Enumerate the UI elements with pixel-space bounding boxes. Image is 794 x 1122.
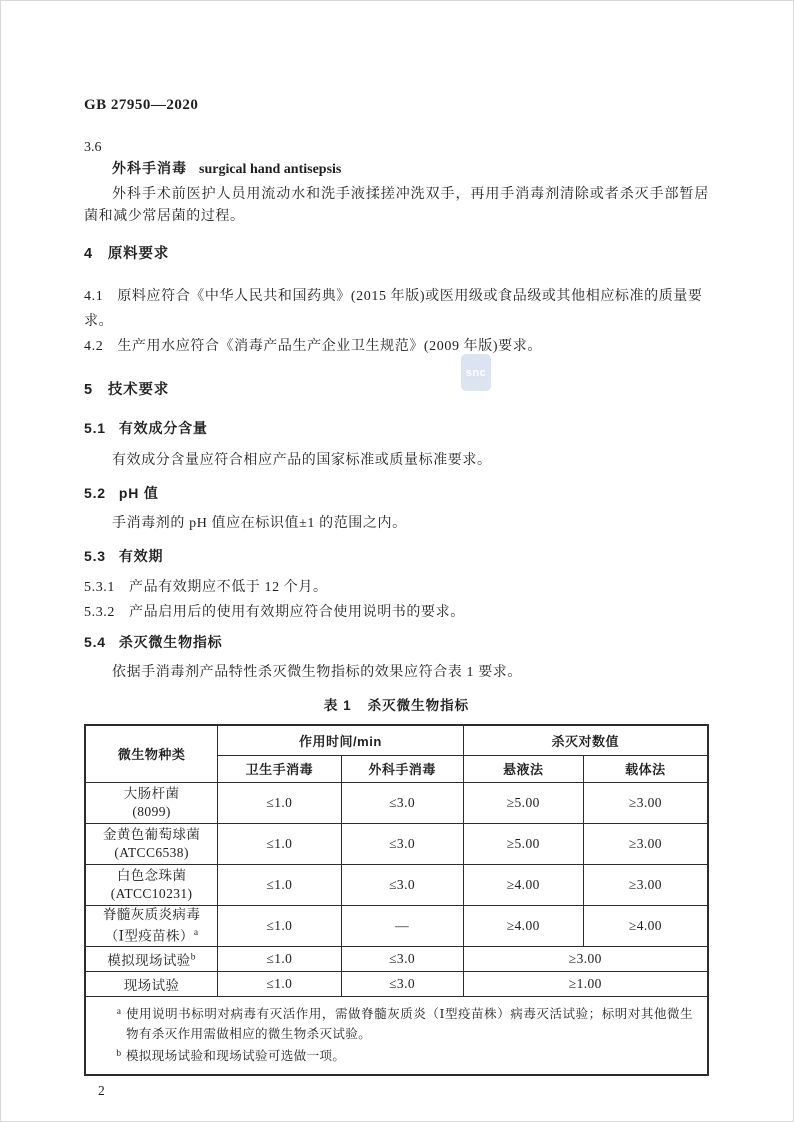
value-surgical: ≤3.0	[341, 823, 463, 864]
table-1-caption-label: 表 1	[324, 698, 352, 713]
section-5-3-heading: 5.3有效期	[84, 546, 709, 566]
section-5-3-clauses: 5.3.1产品有效期应不低于 12 个月。 5.3.2产品启用后的使用有效期应符…	[84, 575, 709, 625]
section-5-3-number: 5.3	[84, 546, 106, 566]
section-5-1-heading: 5.1有效成分含量	[84, 418, 709, 438]
microbe-name-cell: 金黄色葡萄球菌 (ATCC6538)	[85, 823, 218, 864]
header-carrier-method: 载体法	[583, 755, 708, 782]
value-hygienic: ≤1.0	[218, 782, 341, 823]
section-4-clauses: 4.1原料应符合《中华人民共和国药典》(2015 年版)或医用级或食品级或其他相…	[84, 284, 709, 359]
section-5-3-title: 有效期	[119, 548, 163, 564]
header-hygienic-hand: 卫生手消毒	[218, 755, 341, 782]
value-surgical: —	[341, 905, 463, 946]
microbe-name-cell: 模拟现场试验b	[85, 946, 218, 971]
section-5-title: 技术要求	[108, 382, 169, 398]
clause-5-3-1-number: 5.3.1	[84, 575, 115, 600]
value-carrier: ≥3.00	[583, 823, 708, 864]
footnote-ref-a: a	[194, 928, 199, 938]
clause-4-1-text: 原料应符合《中华人民共和国药典》(2015 年版)或医用级或食品级或其他相应标准…	[84, 289, 703, 329]
footnote-b-text: 模拟现场试验和现场试验可选做一项。	[126, 1046, 693, 1066]
table-row-field-test: 现场试验 ≤1.0 ≤3.0 ≥1.00	[85, 971, 708, 996]
section-5-heading: 5技术要求	[84, 380, 709, 400]
table-row-staph: 金黄色葡萄球菌 (ATCC6538) ≤1.0 ≤3.0 ≥5.00 ≥3.00	[85, 823, 708, 864]
value-hygienic: ≤1.0	[218, 905, 341, 946]
microbe-name: 大肠杆菌	[86, 785, 217, 803]
section-5-4-body: 依据手消毒剂产品特性杀灭微生物指标的效果应符合表 1 要求。	[84, 662, 709, 684]
footnote-b: b 模拟现场试验和现场试验可选做一项。	[112, 1046, 693, 1066]
header-kill-log-group: 杀灭对数值	[463, 725, 708, 755]
microbe-name: 白色念珠菌	[86, 867, 217, 885]
value-surgical: ≤3.0	[341, 946, 463, 971]
clause-4-2-number: 4.2	[84, 334, 103, 359]
clause-4-1: 4.1原料应符合《中华人民共和国药典》(2015 年版)或医用级或食品级或其他相…	[84, 284, 709, 334]
clause-5-3-1-text: 产品有效期应不低于 12 个月。	[129, 580, 328, 595]
term-chinese: 外科手消毒	[112, 160, 187, 176]
footnote-a-text: 使用说明书标明对病毒有灭活作用，需做脊髓灰质炎（Ⅰ型疫苗株）病毒灭活试验；标明对…	[126, 1004, 693, 1044]
footnote-ref-b: b	[191, 952, 196, 962]
term-definition: 外科手术前医护人员用流动水和洗手液揉搓冲洗双手，再用手消毒剂清除或者杀灭手部暂居…	[84, 184, 709, 228]
section-5-2-body: 手消毒剂的 pH 值应在标识值±1 的范围之内。	[84, 513, 709, 535]
section-5-4-heading: 5.4杀灭微生物指标	[84, 632, 709, 652]
section-5-4-title: 杀灭微生物指标	[119, 634, 223, 650]
section-5-4-number: 5.4	[84, 632, 106, 652]
section-5-2-number: 5.2	[84, 483, 106, 503]
clause-5-3-2: 5.3.2产品启用后的使用有效期应符合使用说明书的要求。	[84, 600, 709, 625]
clause-4-1-number: 4.1	[84, 284, 103, 309]
clause-5-3-2-text: 产品启用后的使用有效期应符合使用说明书的要求。	[129, 605, 465, 620]
footnote-a: a 使用说明书标明对病毒有灭活作用，需做脊髓灰质炎（Ⅰ型疫苗株）病毒灭活试验；标…	[112, 1004, 693, 1044]
page-number: 2	[84, 1083, 709, 1099]
value-hygienic: ≤1.0	[218, 971, 341, 996]
microbe-strain: (ATCC10231)	[86, 885, 217, 903]
section-4-heading: 4原料要求	[84, 244, 709, 264]
value-suspension: ≥4.00	[463, 864, 583, 905]
header-action-time-group: 作用时间/min	[218, 725, 463, 755]
clause-5-3-2-number: 5.3.2	[84, 600, 115, 625]
value-hygienic: ≤1.0	[218, 946, 341, 971]
footnote-a-marker: a	[112, 1002, 126, 1042]
value-surgical: ≤3.0	[341, 971, 463, 996]
value-carrier: ≥3.00	[583, 782, 708, 823]
table-row-poliovirus: 脊髓灰质炎病毒 （Ⅰ型疫苗株）a ≤1.0 — ≥4.00 ≥4.00	[85, 905, 708, 946]
term-english: surgical hand antisepsis	[199, 162, 341, 177]
header-microbe-type: 微生物种类	[85, 725, 218, 782]
table-footnotes: a 使用说明书标明对病毒有灭活作用，需做脊髓灰质炎（Ⅰ型疫苗株）病毒灭活试验；标…	[85, 996, 708, 1075]
value-surgical: ≤3.0	[341, 782, 463, 823]
microbe-strain: （Ⅰ型疫苗株）a	[86, 924, 217, 946]
microbe-kill-index-table: 微生物种类 作用时间/min 杀灭对数值 卫生手消毒 外科手消毒 悬液法 载体法…	[84, 724, 709, 1076]
section-4-title: 原料要求	[108, 246, 169, 262]
section-5-1-number: 5.1	[84, 418, 106, 438]
clause-4-2: 4.2生产用水应符合《消毒产品生产企业卫生规范》(2009 年版)要求。	[84, 334, 709, 359]
header-surgical-hand: 外科手消毒	[341, 755, 463, 782]
value-hygienic: ≤1.0	[218, 823, 341, 864]
value-suspension: ≥5.00	[463, 823, 583, 864]
table-1-caption-title: 杀灭微生物指标	[368, 698, 470, 713]
section-5-2-title: pH 值	[119, 485, 159, 501]
microbe-name: 脊髓灰质炎病毒	[86, 906, 217, 924]
value-merged: ≥1.00	[463, 971, 708, 996]
table-header-row-1: 微生物种类 作用时间/min 杀灭对数值	[85, 725, 708, 755]
document-page: GB 27950—2020 snc 3.6 外科手消毒surgical hand…	[0, 0, 794, 1122]
section-5-number: 5	[84, 380, 93, 400]
value-carrier: ≥3.00	[583, 864, 708, 905]
section-4-number: 4	[84, 244, 93, 264]
table-row-candida: 白色念珠菌 (ATCC10231) ≤1.0 ≤3.0 ≥4.00 ≥3.00	[85, 864, 708, 905]
microbe-name-cell: 现场试验	[85, 971, 218, 996]
term-clause-number: 3.6	[84, 138, 709, 158]
microbe-name-cell: 脊髓灰质炎病毒 （Ⅰ型疫苗株）a	[85, 905, 218, 946]
value-carrier: ≥4.00	[583, 905, 708, 946]
clause-4-2-text: 生产用水应符合《消毒产品生产企业卫生规范》(2009 年版)要求。	[117, 339, 542, 354]
section-5-1-title: 有效成分含量	[119, 420, 208, 436]
value-merged: ≥3.00	[463, 946, 708, 971]
microbe-strain: (ATCC6538)	[86, 844, 217, 862]
value-suspension: ≥5.00	[463, 782, 583, 823]
table-row-ecoli: 大肠杆菌 (8099) ≤1.0 ≤3.0 ≥5.00 ≥3.00	[85, 782, 708, 823]
section-5-2-heading: 5.2pH 值	[84, 483, 709, 503]
microbe-name-cell: 白色念珠菌 (ATCC10231)	[85, 864, 218, 905]
table-footnote-row: a 使用说明书标明对病毒有灭活作用，需做脊髓灰质炎（Ⅰ型疫苗株）病毒灭活试验；标…	[85, 996, 708, 1075]
value-surgical: ≤3.0	[341, 864, 463, 905]
footnote-b-marker: b	[112, 1044, 126, 1064]
value-hygienic: ≤1.0	[218, 864, 341, 905]
table-1-caption: 表 1杀灭微生物指标	[84, 697, 709, 715]
microbe-strain: (8099)	[86, 803, 217, 821]
microbe-name: 金黄色葡萄球菌	[86, 826, 217, 844]
table-row-simulated-field-test: 模拟现场试验b ≤1.0 ≤3.0 ≥3.00	[85, 946, 708, 971]
standard-number: GB 27950—2020	[84, 96, 709, 114]
section-5-1-body: 有效成分含量应符合相应产品的国家标准或质量标准要求。	[84, 450, 709, 472]
header-suspension-method: 悬液法	[463, 755, 583, 782]
watermark-text: snc	[466, 367, 486, 379]
clause-5-3-1: 5.3.1产品有效期应不低于 12 个月。	[84, 575, 709, 600]
microbe-name-cell: 大肠杆菌 (8099)	[85, 782, 218, 823]
term-entry: 外科手消毒surgical hand antisepsis	[84, 158, 709, 180]
value-suspension: ≥4.00	[463, 905, 583, 946]
